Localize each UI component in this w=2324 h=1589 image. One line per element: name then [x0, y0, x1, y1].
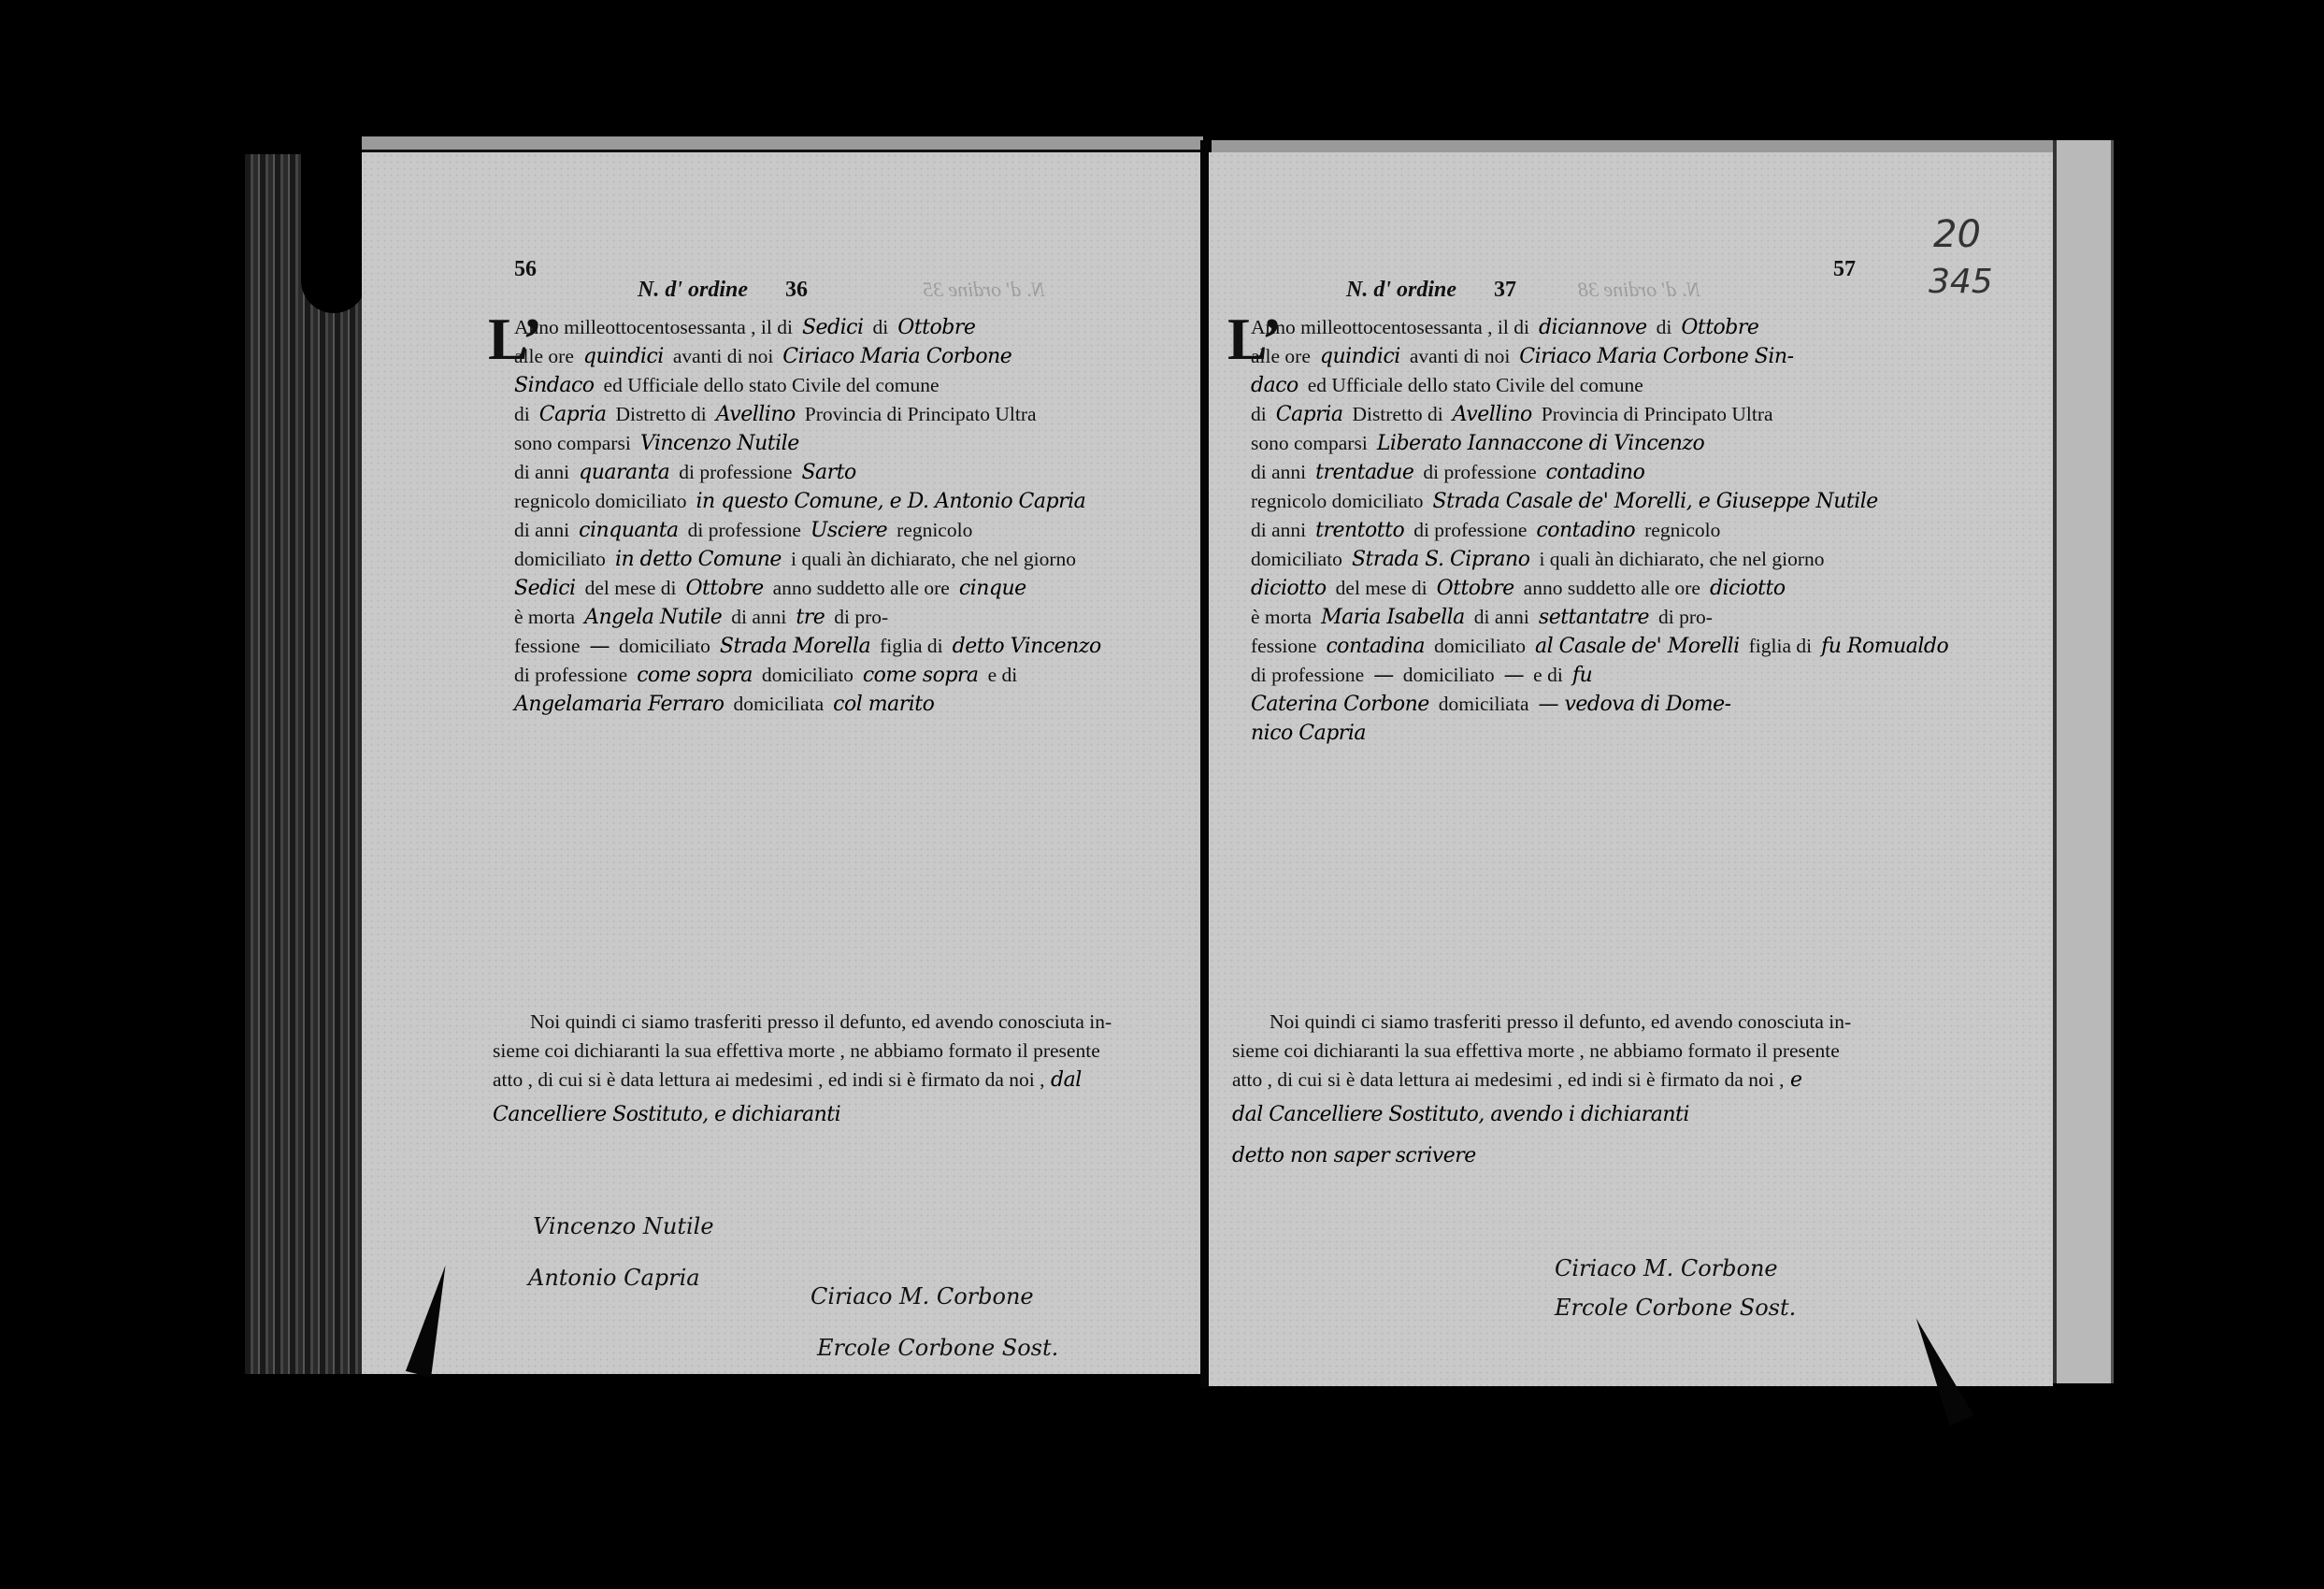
printed-text: di professione	[1413, 516, 1527, 545]
printed-text: di anni	[514, 458, 569, 487]
closing-line: Noi quindi ci siamo trasferiti presso il…	[1232, 1008, 1886, 1037]
handwritten-field: in detto Comune	[615, 545, 782, 574]
printed-text: avanti di noi	[673, 342, 773, 371]
printed-text: domiciliato	[514, 545, 606, 574]
margin-note-number: 345	[1929, 263, 1993, 301]
printed-text: alle ore	[1251, 342, 1311, 371]
printed-text: di professione	[1251, 661, 1364, 690]
handwritten-field: Capria	[539, 400, 607, 429]
handwritten-field: diciannove	[1539, 313, 1647, 342]
printed-text: Anno milleottocentosessanta , il di	[1251, 313, 1529, 342]
signature-mayor: Ciriaco M. Corbone	[1555, 1255, 1778, 1281]
closing-line: Noi quindi ci siamo trasferiti presso il…	[493, 1008, 1147, 1037]
printed-text: figlia di	[880, 632, 942, 661]
printed-text: di anni	[1251, 516, 1306, 545]
top-edge-left	[362, 136, 1203, 152]
book-right-edge	[2053, 140, 2114, 1383]
printed-text: avanti di noi	[1410, 342, 1510, 371]
printed-text: Anno milleottocentosessanta , il di	[514, 313, 793, 342]
handwritten-field: come sopra	[637, 661, 753, 690]
handwritten-field: quindici	[583, 342, 664, 371]
record-line: di annitrentottodi professionecontadinor…	[1251, 516, 1886, 545]
closing-paragraph: Noi quindi ci siamo trasferiti presso il…	[493, 1008, 1147, 1136]
closing-line: atto , di cui si è data lettura ai medes…	[493, 1066, 1147, 1095]
printed-text: fessione	[514, 632, 580, 661]
handwritten-field: Sarto	[801, 458, 855, 487]
handwritten-field: e	[1785, 1068, 1802, 1092]
printed-text: fessione	[1251, 632, 1316, 661]
handwritten-field: Avellino	[716, 400, 796, 429]
printed-text: di professione	[679, 458, 792, 487]
handwritten-field: — vedova di Dome-	[1538, 690, 1730, 719]
handwritten-field: trentotto	[1315, 516, 1404, 545]
record-line: fessionecontadinadomiciliatoal Casale de…	[1251, 632, 1886, 661]
printed-text: Distretto di	[615, 400, 706, 429]
printed-text: domiciliata	[1439, 690, 1529, 719]
handwritten-field: quaranta	[579, 458, 669, 487]
printed-text: di anni	[1251, 458, 1306, 487]
handwritten-field: quindici	[1320, 342, 1400, 371]
handwritten-field: contadino	[1546, 458, 1645, 487]
record-line: fessione—domiciliatoStrada Morellafiglia…	[514, 632, 1131, 661]
printed-text: sono comparsi	[514, 429, 631, 458]
handwritten-field: tre	[796, 603, 825, 632]
record-line: di anniquarantadi professioneSarto	[514, 458, 1131, 487]
record-line: regnicolo domiciliatoin questo Comune, e…	[514, 487, 1131, 516]
handwritten-field: dal Cancelliere Sostituto, avendo i dich…	[1232, 1095, 1886, 1136]
printed-text: di	[514, 400, 530, 429]
printed-text: domiciliato	[762, 661, 854, 690]
handwritten-field: Ottobre	[1437, 574, 1514, 603]
right-page: 57 N. d' ordine37 N. d' ordine 38 L’ Ann…	[1209, 152, 2053, 1386]
bleed-through-header: N. d' ordine 38	[1578, 278, 1700, 302]
handwritten-field: Usciere	[811, 516, 887, 545]
printed-text: domiciliato	[1434, 632, 1526, 661]
record-line: sono comparsiVincenzo Nutile	[514, 429, 1131, 458]
handwritten-field: Caterina Corbone	[1251, 690, 1429, 719]
printed-text: Provincia di Principato Ultra	[805, 400, 1037, 429]
bleed-through-header: N. d' ordine 35	[923, 278, 1045, 302]
printed-text: di	[873, 313, 889, 342]
handwritten-field: Maria Isabella	[1321, 603, 1465, 632]
handwritten-field: fu	[1572, 661, 1592, 690]
handwritten-field: detto Vincenzo	[953, 632, 1101, 661]
printed-text: figlia di	[1749, 632, 1812, 661]
record-line: nico Capria	[1251, 719, 1886, 748]
printed-text: di professione	[688, 516, 801, 545]
printed-text: domiciliato	[1403, 661, 1495, 690]
handwritten-field: Vincenzo Nutile	[640, 429, 799, 458]
handwritten-field: Cancelliere Sostituto, e dichiaranti	[493, 1095, 1147, 1136]
handwritten-field: daco	[1251, 371, 1298, 400]
printed-text: domiciliata	[733, 690, 824, 719]
printed-text: i quali àn dichiarato, che nel giorno	[1539, 545, 1824, 574]
printed-text: i quali àn dichiarato, che nel giorno	[791, 545, 1076, 574]
printed-text: Distretto di	[1352, 400, 1442, 429]
handwritten-field: al Casale de' Morelli	[1535, 632, 1740, 661]
handwritten-field: —	[1504, 661, 1525, 690]
signature-mayor: Ciriaco M. Corbone	[811, 1283, 1034, 1310]
printed-text: di anni	[514, 516, 569, 545]
book-spine	[1200, 140, 1209, 1388]
handwritten-field: contadino	[1536, 516, 1635, 545]
record-line: sono comparsiLiberato Iannaccone di Vinc…	[1251, 429, 1886, 458]
handwritten-field: nico Capria	[1251, 719, 1366, 748]
signature-declarant-2: Antonio Capria	[528, 1265, 700, 1291]
handwritten-field: detto non saper scrivere	[1232, 1136, 1886, 1177]
handwritten-field: trentadue	[1315, 458, 1413, 487]
handwritten-field: Capria	[1276, 400, 1343, 429]
handwritten-field: Angelamaria Ferraro	[514, 690, 724, 719]
handwritten-field: col marito	[833, 690, 934, 719]
signature-chancellor: Ercole Corbone Sost.	[1555, 1295, 1796, 1321]
closing-paragraph: Noi quindi ci siamo trasferiti presso il…	[1232, 1008, 1886, 1177]
handwritten-field: Sedici	[514, 574, 576, 603]
printed-text: domiciliato	[619, 632, 710, 661]
handwritten-field: Liberato Iannaccone di Vincenzo	[1377, 429, 1704, 458]
handwritten-field: —	[589, 632, 610, 661]
printed-text: di anni	[1474, 603, 1529, 632]
handwritten-field: come sopra	[863, 661, 979, 690]
record-line: di professionecome sopradomiciliatocome …	[514, 661, 1131, 690]
handwritten-field: Ciriaco Maria Corbone	[782, 342, 1011, 371]
printed-text: e di	[988, 661, 1018, 690]
handwritten-field: in questo Comune, e D. Antonio Capria	[696, 487, 1086, 516]
record-line: diciottodel mese diOttobreanno suddetto …	[1251, 574, 1886, 603]
printed-text: regnicolo domiciliato	[1251, 487, 1424, 516]
handwritten-field: Avellino	[1453, 400, 1532, 429]
handwritten-field: Strada Morella	[720, 632, 870, 661]
closing-line: sieme coi dichiaranti la sua effettiva m…	[1232, 1037, 1886, 1066]
handwritten-field: settantatre	[1539, 603, 1649, 632]
handwritten-field: fu Romualdo	[1821, 632, 1948, 661]
handwritten-field: Ottobre	[686, 574, 764, 603]
record-line: di professione—domiciliato—e difu	[1251, 661, 1886, 690]
printed-text: regnicolo	[1644, 516, 1720, 545]
closing-line: atto , di cui si è data lettura ai medes…	[1232, 1066, 1886, 1095]
printed-text: di pro-	[1658, 603, 1713, 632]
page-number: 56	[514, 257, 537, 282]
ordine-header: N. d' ordine36	[638, 278, 808, 303]
book-cover-left-edges	[245, 154, 362, 1374]
handwritten-field: diciotto	[1710, 574, 1786, 603]
ordine-header: N. d' ordine37	[1346, 278, 1516, 303]
record-line: Anno milleottocentosessanta , il didicia…	[1251, 313, 1886, 342]
printed-text: domiciliato	[1251, 545, 1342, 574]
printed-text: di anni	[731, 603, 786, 632]
printed-text: sono comparsi	[1251, 429, 1368, 458]
handwritten-field: Strada S. Ciprano	[1352, 545, 1530, 574]
record-line: di annicinquantadi professioneUscierereg…	[514, 516, 1131, 545]
death-record-37: Anno milleottocentosessanta , il didicia…	[1251, 313, 1886, 748]
printed-text: è morta	[1251, 603, 1312, 632]
record-line: Sedicidel mese diOttobreanno suddetto al…	[514, 574, 1131, 603]
handwritten-field: cinque	[959, 574, 1026, 603]
printed-text: di	[1657, 313, 1672, 342]
printed-text: ed Ufficiale dello stato Civile del comu…	[604, 371, 940, 400]
handwritten-field: Ottobre	[1681, 313, 1758, 342]
handwritten-field: cinquanta	[579, 516, 679, 545]
record-line: Sindacoed Ufficiale dello stato Civile d…	[514, 371, 1131, 400]
record-line: domiciliatoStrada S. Cipranoi quali àn d…	[1251, 545, 1886, 574]
printed-text: di professione	[514, 661, 627, 690]
record-line: è mortaAngela Nutiledi annitredi pro-	[514, 603, 1131, 632]
handwritten-field: Ciriaco Maria Corbone Sin-	[1519, 342, 1793, 371]
printed-text: del mese di	[585, 574, 677, 603]
record-line: regnicolo domiciliatoStrada Casale de' M…	[1251, 487, 1886, 516]
handwritten-field: dal	[1045, 1068, 1082, 1092]
printed-text: di pro-	[834, 603, 888, 632]
record-line: Caterina Corbonedomiciliata— vedova di D…	[1251, 690, 1886, 719]
printed-text: del mese di	[1336, 574, 1427, 603]
printed-text: regnicolo domiciliato	[514, 487, 687, 516]
printed-text: e di	[1533, 661, 1563, 690]
record-line: Anno milleottocentosessanta , il diSedic…	[514, 313, 1131, 342]
printed-text: di professione	[1423, 458, 1536, 487]
record-line: di annitrentaduedi professionecontadino	[1251, 458, 1886, 487]
signature-chancellor: Ercole Corbone Sost.	[817, 1335, 1058, 1361]
handwritten-field: —	[1373, 661, 1394, 690]
handwritten-field: Sedici	[802, 313, 864, 342]
left-page: 56 N. d' ordine36 N. d' ordine 35 L’ Ann…	[362, 152, 1200, 1374]
closing-line: sieme coi dichiaranti la sua effettiva m…	[493, 1037, 1147, 1066]
record-line: dacoed Ufficiale dello stato Civile del …	[1251, 371, 1886, 400]
printed-text: anno suddetto alle ore	[773, 574, 950, 603]
handwritten-field: contadina	[1326, 632, 1425, 661]
signature-declarant-1: Vincenzo Nutile	[533, 1213, 714, 1239]
death-record-36: Anno milleottocentosessanta , il diSedic…	[514, 313, 1131, 719]
handwritten-field: Sindaco	[514, 371, 595, 400]
record-line: diCapriaDistretto diAvellinoProvincia di…	[514, 400, 1131, 429]
record-line: Angelamaria Ferrarodomiciliatacol marito	[514, 690, 1131, 719]
printed-text: è morta	[514, 603, 575, 632]
handwritten-field: Angela Nutile	[584, 603, 722, 632]
record-line: domiciliatoin detto Comunei quali àn dic…	[514, 545, 1131, 574]
printed-text: di	[1251, 400, 1267, 429]
handwritten-field: Strada Casale de' Morelli, e Giuseppe Nu…	[1433, 487, 1878, 516]
printed-text: alle ore	[514, 342, 574, 371]
printed-text: anno suddetto alle ore	[1524, 574, 1700, 603]
handwritten-field: diciotto	[1251, 574, 1327, 603]
page-number: 57	[1833, 257, 1856, 282]
margin-note-folio: 20	[1933, 213, 1981, 256]
record-line: alle orequindiciavanti di noiCiriaco Mar…	[1251, 342, 1886, 371]
record-line: alle orequindiciavanti di noiCiriaco Mar…	[514, 342, 1131, 371]
handwritten-field: Ottobre	[897, 313, 975, 342]
printed-text: Provincia di Principato Ultra	[1542, 400, 1773, 429]
printed-text: ed Ufficiale dello stato Civile del comu…	[1308, 371, 1643, 400]
record-line: è mortaMaria Isabelladi annisettantatred…	[1251, 603, 1886, 632]
printed-text: regnicolo	[897, 516, 972, 545]
record-line: diCapriaDistretto diAvellinoProvincia di…	[1251, 400, 1886, 429]
